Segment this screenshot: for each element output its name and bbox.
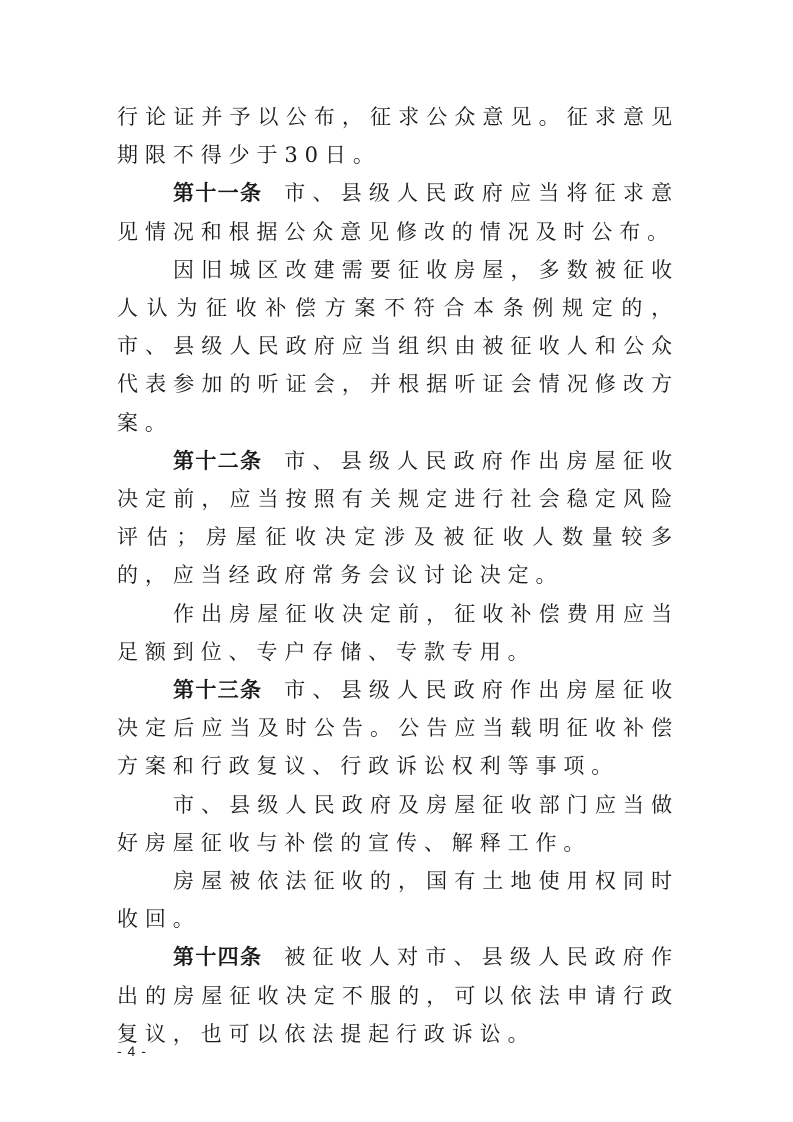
paragraph-text: 行论证并予以公布，征求公众意见。征求意见期限不得少于30日。 xyxy=(117,105,679,167)
paragraph-text: 因旧城区改建需要征收房屋，多数被征收人认为征收补偿方案不符合本条例规定的，市、县… xyxy=(117,258,679,435)
paragraph-continuation: 行论证并予以公布，征求公众意见。征求意见期限不得少于30日。 xyxy=(117,98,679,174)
article-12-clause-2: 作出房屋征收决定前，征收补偿费用应当足额到位、专户存储、专款专用。 xyxy=(117,595,679,671)
article-number: 第十一条 xyxy=(173,181,262,205)
article-14-paragraph: 第十四条被征收人对市、县级人民政府作出的房屋征收决定不服的，可以依法申请行政复议… xyxy=(117,938,679,1053)
article-number: 第十二条 xyxy=(173,449,262,473)
article-13-paragraph: 第十三条市、县级人民政府作出房屋征收决定后应当及时公告。公告应当载明征收补偿方案… xyxy=(117,671,679,786)
article-13-clause-3: 房屋被依法征收的，国有土地使用权同时收回。 xyxy=(117,862,679,938)
paragraph-text: 房屋被依法征收的，国有土地使用权同时收回。 xyxy=(117,869,679,931)
article-11-clause-2: 因旧城区改建需要征收房屋，多数被征收人认为征收补偿方案不符合本条例规定的，市、县… xyxy=(117,251,679,442)
article-13-clause-2: 市、县级人民政府及房屋征收部门应当做好房屋征收与补偿的宣传、解释工作。 xyxy=(117,786,679,862)
article-11-paragraph: 第十一条市、县级人民政府应当将征求意见情况和根据公众意见修改的情况及时公布。 xyxy=(117,174,679,250)
article-number: 第十四条 xyxy=(173,945,262,969)
paragraph-text: 市、县级人民政府及房屋征收部门应当做好房屋征收与补偿的宣传、解释工作。 xyxy=(117,793,679,855)
article-12-paragraph: 第十二条市、县级人民政府作出房屋征收决定前，应当按照有关规定进行社会稳定风险评估… xyxy=(117,442,679,595)
document-page-body: 行论证并予以公布，征求公众意见。征求意见期限不得少于30日。 第十一条市、县级人… xyxy=(117,98,679,1053)
article-number: 第十三条 xyxy=(173,678,262,702)
page-number: - 4 - xyxy=(117,1043,147,1059)
paragraph-text: 作出房屋征收决定前，征收补偿费用应当足额到位、专户存储、专款专用。 xyxy=(117,602,679,664)
